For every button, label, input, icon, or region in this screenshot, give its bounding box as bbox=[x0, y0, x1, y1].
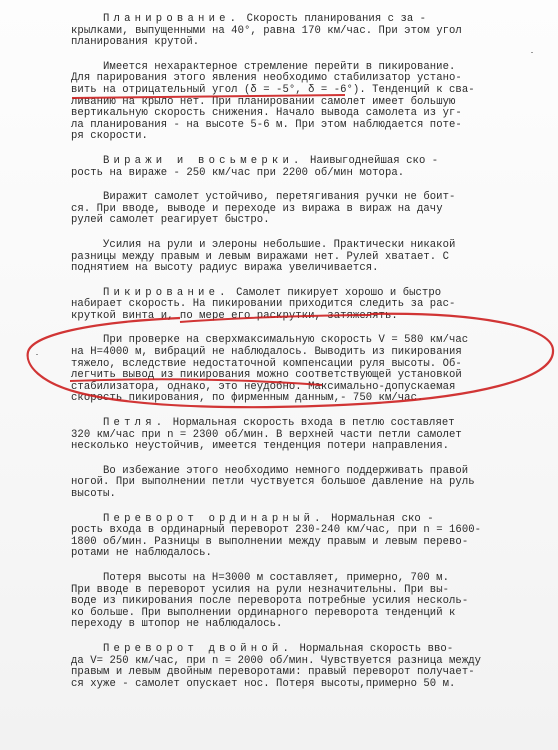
scan-speck bbox=[531, 52, 533, 53]
body-paragraph: Имеется нехарактерное стремление перейти… bbox=[71, 62, 491, 143]
text-line: скорость пикирования, по фирменным данны… bbox=[71, 393, 491, 405]
section-paragraph: Виражи и восьмерки. Наивыгоднейшая ско -… bbox=[71, 156, 491, 179]
scanned-page: Планирование. Скорость планирования с за… bbox=[0, 0, 558, 750]
section-paragraph: Переворот ординарный. Нормальная ско -ро… bbox=[71, 514, 491, 560]
line-text: ла планирования - на высоте 5-6 м. При э… bbox=[71, 119, 462, 131]
text-line: круткой винта и, по мере его раскрутки, … bbox=[71, 311, 491, 323]
section-paragraph: Петля. Нормальная скорость входа в петлю… bbox=[71, 418, 491, 453]
section-heading: Виражи и восьмерки. bbox=[103, 155, 304, 167]
text-line: переходу в штопор не наблюдалось. bbox=[71, 619, 491, 631]
line-text: Нормальная скорость входа в петлю состав… bbox=[173, 417, 455, 429]
body-paragraph: При проверке на сверхмаксимальную скорос… bbox=[71, 335, 491, 405]
text-line: ногой. При выполнении петли чуствуется б… bbox=[71, 477, 491, 489]
line-text: 320 км/час при n = 2300 об/мин. В верхне… bbox=[71, 429, 462, 441]
section-paragraph: Переворот двойной. Нормальная скорость в… bbox=[71, 644, 491, 690]
line-text: вертикальную скорость снижения. Начало в… bbox=[71, 107, 462, 119]
body-paragraph: Усилия на рули и элероны небольшие. Прак… bbox=[71, 240, 491, 275]
line-text: При вводе в переворот усилия на рули нез… bbox=[71, 584, 449, 596]
line-text: При проверке на сверхмаксимальную скорос… bbox=[103, 334, 468, 346]
line-text: ливанию на крыло нет. При планировании с… bbox=[71, 96, 455, 108]
line-text: ся хуже - самолет опускает нос. Потеря в… bbox=[71, 678, 455, 690]
line-text: Самолет пикирует хорошо и быстро bbox=[236, 287, 441, 299]
document-body: Планирование. Скорость планирования с за… bbox=[71, 14, 491, 703]
line-text: Нормальная скорость вво- bbox=[299, 643, 453, 655]
line-text: рулей самолет реагирует быстро. bbox=[71, 214, 270, 226]
section-paragraph: Пикирование. Самолет пикирует хорошо и б… bbox=[71, 288, 491, 323]
line-text: правым и левым двойным переворотами: пра… bbox=[71, 666, 475, 678]
line-text: ротами не наблюдалось. bbox=[71, 547, 212, 559]
text-line: поднятием на высоту радиус виража увелич… bbox=[71, 263, 491, 275]
section-heading: Петля. bbox=[103, 417, 166, 429]
body-paragraph: Во избежание этого необходимо немного по… bbox=[71, 466, 491, 501]
line-text: 1800 об/мин. Разницы в выполнении между … bbox=[71, 536, 468, 548]
line-text: да V= 250 км/час, при n = 2000 об/мин. Ч… bbox=[71, 655, 481, 667]
line-text: ря скорости. bbox=[71, 130, 148, 142]
section-heading: Переворот ординарный. bbox=[103, 513, 325, 525]
line-text: набирает скорость. На пикировании приход… bbox=[71, 298, 455, 310]
line-text: ся. При вводе, выводе и переходе из вира… bbox=[71, 203, 443, 215]
line-text: Во избежание этого необходимо немного по… bbox=[103, 465, 468, 477]
line-text: на H=4000 м, вибраций не наблюдалось. Вы… bbox=[71, 346, 462, 358]
text-line: несколько неустойчив, имеется тенденция … bbox=[71, 441, 491, 453]
section-heading: Пикирование. bbox=[103, 287, 230, 299]
line-text: воде из пикирования после переворота пот… bbox=[71, 595, 468, 607]
line-text: Для парирования этого явления необходимо… bbox=[71, 72, 462, 84]
body-paragraph: Потеря высоты на H=3000 м составляет, пр… bbox=[71, 573, 491, 631]
line-text: Имеется нехарактерное стремление перейти… bbox=[103, 61, 455, 73]
line-text: Потеря высоты на H=3000 м составляет, пр… bbox=[103, 572, 449, 584]
line-text: крылками, выпущенными на 40°, равна 170 … bbox=[71, 25, 462, 37]
line-text: Скорость планирования с за - bbox=[247, 13, 426, 25]
line-text: высоты. bbox=[71, 488, 116, 500]
line-text: круткой винта и, по мере его раскрутки, … bbox=[71, 310, 398, 322]
line-text: несколько неустойчив, имеется тенденция … bbox=[71, 440, 449, 452]
text-line: ря скорости. bbox=[71, 131, 491, 143]
line-text: разницы между правым и левым виражами не… bbox=[71, 251, 449, 263]
line-text: планирования крутой. bbox=[71, 36, 199, 48]
line-text: скорость пикирования, по фирменным данны… bbox=[71, 392, 423, 404]
line-text: Наивыгоднейшая ско - bbox=[310, 155, 438, 167]
line-text: ногой. При выполнении петли чуствуется б… bbox=[71, 476, 475, 488]
text-line: рость на вираже - 250 км/час при 2200 об… bbox=[71, 168, 491, 180]
line-text: вить на отрицательный угол (δ = -5°, δ =… bbox=[71, 84, 475, 96]
text-line: ротами не наблюдалось. bbox=[71, 548, 491, 560]
line-text: переходу в штопор не наблюдалось. bbox=[71, 618, 282, 630]
body-paragraph: Виражит самолет устойчиво, перетягивания… bbox=[71, 192, 491, 227]
line-text: легчить вывод из пикирования можно соотв… bbox=[71, 369, 462, 381]
line-text: рость входа в ординарный переворот 230-2… bbox=[71, 524, 481, 536]
line-text: ко больше. При выполнении ординарного пе… bbox=[71, 607, 455, 619]
section-heading: Планирование. bbox=[103, 13, 240, 25]
line-text: Усилия на рули и элероны небольшие. Прак… bbox=[103, 239, 455, 251]
text-line: рулей самолет реагирует быстро. bbox=[71, 215, 491, 227]
text-line: планирования крутой. bbox=[71, 37, 491, 49]
line-text: тяжело, вследствие недостаточной компенс… bbox=[71, 358, 462, 370]
line-text: Нормальная ско - bbox=[331, 513, 434, 525]
section-paragraph: Планирование. Скорость планирования с за… bbox=[71, 14, 491, 49]
line-text: поднятием на высоту радиус виража увелич… bbox=[71, 262, 379, 274]
section-heading: Переворот двойной. bbox=[103, 643, 293, 655]
line-text: рость на вираже - 250 км/час при 2200 об… bbox=[71, 167, 404, 179]
scan-speck bbox=[36, 354, 38, 355]
text-line: высоты. bbox=[71, 489, 491, 501]
text-line: ся хуже - самолет опускает нос. Потеря в… bbox=[71, 679, 491, 691]
line-text: Виражит самолет устойчиво, перетягивания… bbox=[103, 191, 455, 203]
